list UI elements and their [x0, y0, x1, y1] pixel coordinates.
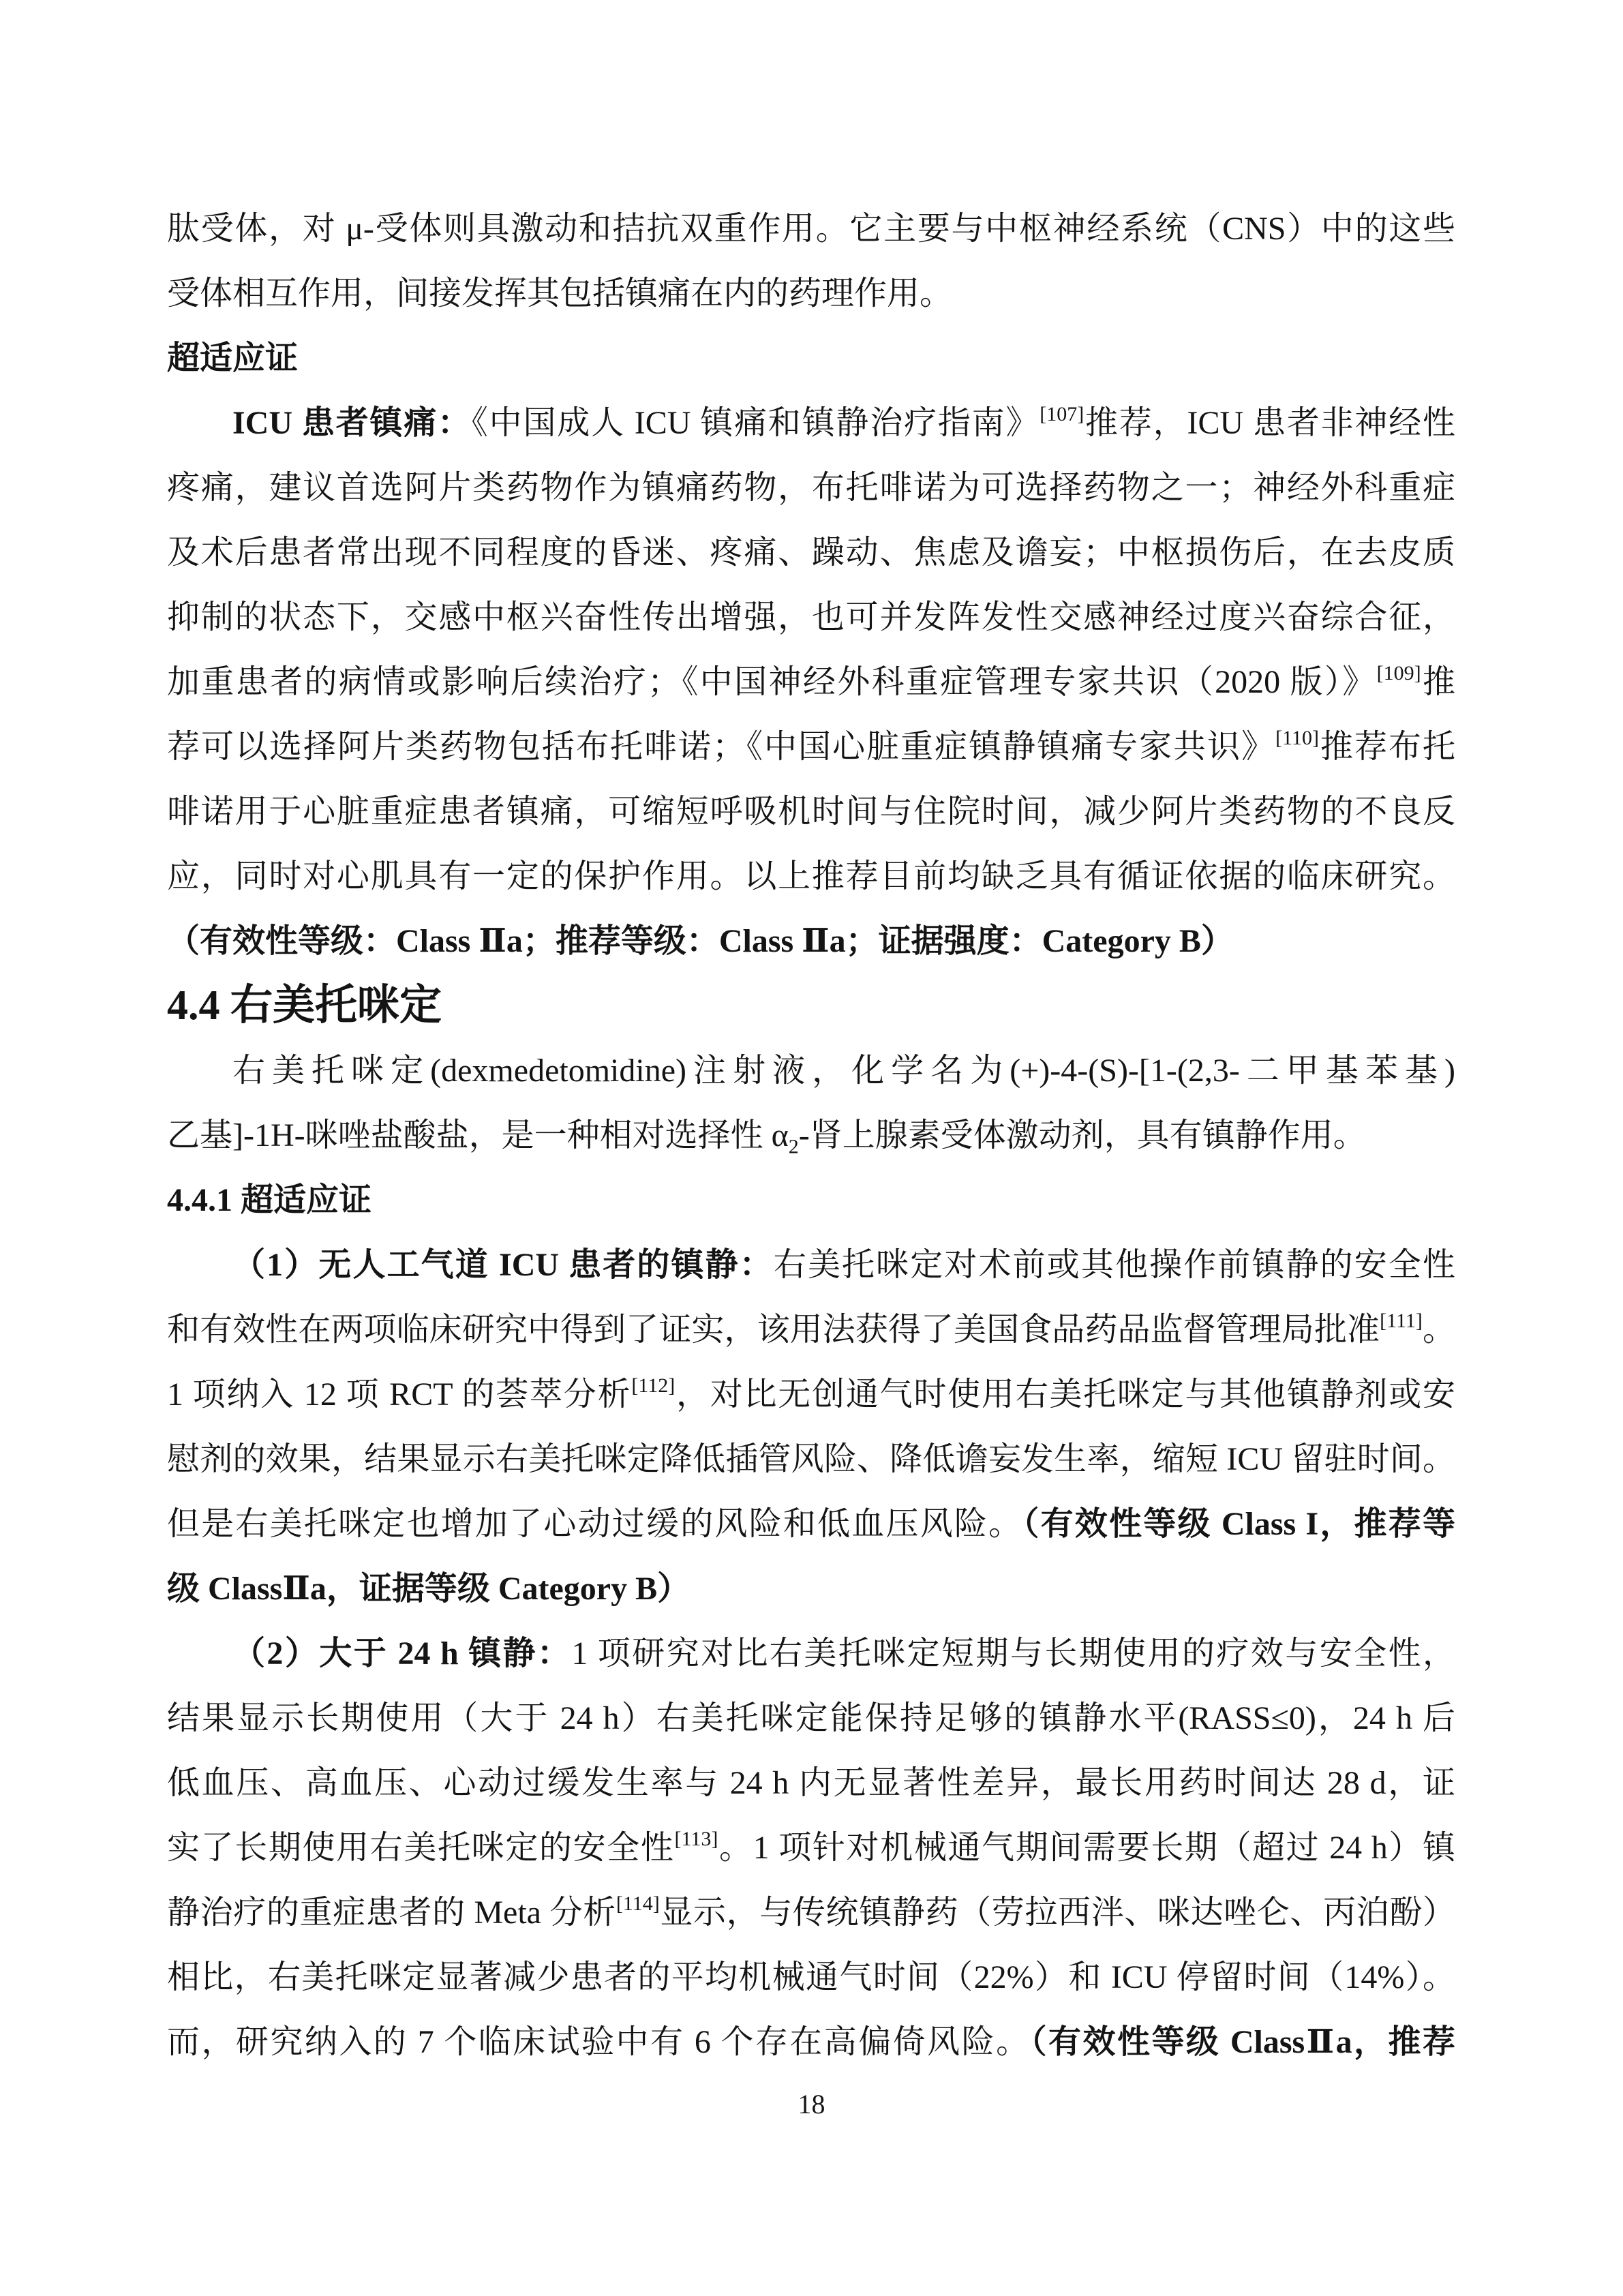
subsection-heading: 超适应证 [167, 326, 1455, 391]
citation-ref: [111] [1380, 1310, 1423, 1332]
text-segment: 及术后患者常出现不同程度的昏迷、疼痛、躁动、焦虑及谵妄；中枢损伤后，在去皮质 [167, 534, 1455, 571]
text-segment: 右美托咪定(dexmedetomidine)注射液，化学名为(+)-4-(S)-… [232, 1053, 1455, 1089]
text-segment: 超适应证 [167, 340, 298, 376]
text-segment: 《中国成人 ICU 镇痛和镇静治疗指南》 [472, 405, 1040, 441]
text-segment: （有效性等级：Class Ⅱa；推荐等级：Class Ⅱa；证据强度：Categ… [167, 923, 1234, 959]
text-segment: 啡诺用于心脏重症患者镇痛，可缩短呼吸机时间与住院时间，减少阿片类药物的不良反 [167, 794, 1455, 830]
text-segment: 1 项纳入 12 项 RCT 的荟萃分析 [167, 1376, 631, 1413]
text-line: 应，同时对心肌具有一定的保护作用。以上推荐目前均缺乏具有循证依据的临床研究。 [167, 844, 1455, 909]
text-line: 结果显示长期使用（大于 24 h）右美托咪定能保持足够的镇静水平(RASS≤0)… [167, 1686, 1455, 1751]
text-segment: （有效性等级 Class I，推荐等 [1022, 1506, 1455, 1542]
text-line: （有效性等级：Class Ⅱa；推荐等级：Class Ⅱa；证据强度：Categ… [167, 909, 1455, 973]
text-segment: 和有效性在两项临床研究中得到了证实，该用法获得了美国食品药品监督管理局批准 [167, 1312, 1380, 1348]
citation-ref: [114] [616, 1892, 660, 1915]
text-segment: 实了长期使用右美托咪定的安全性 [167, 1830, 675, 1866]
text-segment: 。 [1423, 1312, 1455, 1348]
text-line: 低血压、高血压、心动过缓发生率与 24 h 内无显著性差异，最长用药时间达 28… [167, 1751, 1455, 1815]
citation-ref: [110] [1275, 727, 1319, 749]
text-line: 右美托咪定(dexmedetomidine)注射液，化学名为(+)-4-(S)-… [167, 1038, 1455, 1103]
text-line: 疼痛，建议首选阿片类药物作为镇痛药物，布托啡诺为可选择药物之一；神经外科重症 [167, 455, 1455, 520]
text-line: 静治疗的重症患者的 Meta 分析[114]显示，与传统镇静药（劳拉西泮、咪达唑… [167, 1880, 1455, 1945]
text-line: 抑制的状态下，交感中枢兴奋性传出增强，也可并发阵发性交感神经过度兴奋综合征， [167, 585, 1455, 650]
citation-ref: [107] [1040, 403, 1084, 425]
text-segment: 乙基]-1H-咪唑盐酸盐，是一种相对选择性 α [167, 1117, 789, 1153]
text-line: （2）大于 24 h 镇静：1 项研究对比右美托咪定短期与长期使用的疗效与安全性… [167, 1621, 1455, 1686]
text-segment: 推荐，ICU 患者非神经性 [1084, 405, 1455, 441]
subsection-heading: 4.4.1 超适应证 [167, 1168, 1455, 1233]
text-segment: 肽受体，对 μ-受体则具激动和拮抗双重作用。它主要与中枢神经系统（CNS）中的这… [167, 211, 1455, 247]
text-segment: 静治疗的重症患者的 Meta 分析 [167, 1894, 616, 1931]
text-segment: 。1 项针对机械通气期间需要长期（超过 24 h）镇 [718, 1830, 1455, 1866]
page-number: 18 [0, 2087, 1623, 2121]
text-line: 级 ClassⅡa，证据等级 Category B） [167, 1556, 1455, 1621]
section-heading: 4.4 右美托咪定 [167, 973, 1455, 1038]
text-segment: （2）大于 24 h 镇静： [232, 1635, 571, 1672]
page-body: 肽受体，对 μ-受体则具激动和拮抗双重作用。它主要与中枢神经系统（CNS）中的这… [167, 196, 1455, 2074]
text-line: 荐可以选择阿片类药物包括布托啡诺；《中国心脏重症镇静镇痛专家共识》[110]推荐… [167, 714, 1455, 779]
text-segment: ICU 患者镇痛： [232, 405, 472, 441]
text-segment: -肾上腺素受体激动剂，具有镇静作用。 [799, 1117, 1366, 1153]
text-line: 肽受体，对 μ-受体则具激动和拮抗双重作用。它主要与中枢神经系统（CNS）中的这… [167, 196, 1455, 261]
text-line: 慰剂的效果，结果显示右美托咪定降低插管风险、降低谵妄发生率，缩短 ICU 留驻时… [167, 1427, 1455, 1492]
text-line: 啡诺用于心脏重症患者镇痛，可缩短呼吸机时间与住院时间，减少阿片类药物的不良反 [167, 779, 1455, 844]
text-segment: 慰剂的效果，结果显示右美托咪定降低插管风险、降低谵妄发生率，缩短 ICU 留驻时… [167, 1441, 1455, 1477]
text-line: （1）无人工气道 ICU 患者的镇静：右美托咪定对术前或其他操作前镇静的安全性 [167, 1233, 1455, 1297]
text-segment: 疼痛，建议首选阿片类药物作为镇痛药物，布托啡诺为可选择药物之一；神经外科重症 [167, 470, 1455, 506]
text-segment: 但是右美托咪定也增加了心动过缓的风险和低血压风险。 [167, 1506, 1022, 1542]
text-segment: （1）无人工气道 ICU 患者的镇静： [232, 1247, 774, 1283]
citation-ref: [109] [1377, 662, 1421, 684]
text-segment: 右美托咪定对术前或其他操作前镇静的安全性 [774, 1247, 1455, 1283]
text-segment: 相比，右美托咪定显著减少患者的平均机械通气时间（22%）和 ICU 停留时间（1… [167, 1959, 1455, 2010]
text-line: 乙基]-1H-咪唑盐酸盐，是一种相对选择性 α2-肾上腺素受体激动剂，具有镇静作… [167, 1103, 1455, 1168]
citation-ref: [112] [631, 1374, 675, 1397]
text-line: 及术后患者常出现不同程度的昏迷、疼痛、躁动、焦虑及谵妄；中枢损伤后，在去皮质 [167, 520, 1455, 585]
text-segment: ，对比无创通气时使用右美托咪定与其他镇静剂或安 [675, 1376, 1455, 1413]
text-line: 相比，右美托咪定显著减少患者的平均机械通气时间（22%）和 ICU 停留时间（1… [167, 1945, 1455, 2010]
citation-ref: [113] [675, 1828, 718, 1850]
text-segment: 荐可以选择阿片类药物包括布托啡诺；《中国心脏重症镇静镇痛专家共识》 [167, 729, 1275, 765]
text-segment: 级 ClassⅡa，证据等级 Category B） [167, 1571, 690, 1607]
text-line: 和有效性在两项临床研究中得到了证实，该用法获得了美国食品药品监督管理局批准[11… [167, 1297, 1455, 1362]
text-line: 1 项纳入 12 项 RCT 的荟萃分析[112]，对比无创通气时使用右美托咪定… [167, 1362, 1455, 1427]
text-line: 加重患者的病情或影响后续治疗；《中国神经外科重症管理专家共识（2020 版）》[… [167, 650, 1455, 714]
document-page: 肽受体，对 μ-受体则具激动和拮抗双重作用。它主要与中枢神经系统（CNS）中的这… [0, 0, 1623, 2296]
text-segment: （有效性等级 ClassⅡa，推荐 [1031, 2024, 1455, 2060]
subscript: 2 [789, 1136, 799, 1158]
text-segment: 4.4 右美托咪定 [167, 982, 442, 1029]
text-segment: 应，同时对心肌具有一定的保护作用。以上推荐目前均缺乏具有循证依据的临床研究。 [167, 858, 1455, 894]
text-segment: 低血压、高血压、心动过缓发生率与 24 h 内无显著性差异，最长用药时间达 28… [167, 1765, 1455, 1801]
text-segment: 推荐布托 [1319, 729, 1455, 765]
text-segment: 而，研究纳入的 7 个临床试验中有 6 个存在高偏倚风险。 [167, 2024, 1031, 2060]
text-segment: 结果显示长期使用（大于 24 h）右美托咪定能保持足够的镇静水平(RASS≤0)… [167, 1700, 1455, 1736]
text-segment: 推 [1421, 664, 1455, 700]
text-segment: 1 项研究对比右美托咪定短期与长期使用的疗效与安全性， [571, 1635, 1455, 1672]
text-line: 而，研究纳入的 7 个临床试验中有 6 个存在高偏倚风险。（有效性等级 Clas… [167, 2010, 1455, 2074]
text-line: 实了长期使用右美托咪定的安全性[113]。1 项针对机械通气期间需要长期（超过 … [167, 1815, 1455, 1880]
text-line: 但是右美托咪定也增加了心动过缓的风险和低血压风险。（有效性等级 Class I，… [167, 1492, 1455, 1556]
text-segment: 受体相互作用，间接发挥其包括镇痛在内的药理作用。 [167, 275, 952, 312]
text-segment: 加重患者的病情或影响后续治疗；《中国神经外科重症管理专家共识（2020 版）》 [167, 664, 1377, 700]
text-segment: 显示，与传统镇静药（劳拉西泮、咪达唑仑、丙泊酚） [660, 1894, 1455, 1931]
text-line: ICU 患者镇痛：《中国成人 ICU 镇痛和镇静治疗指南》[107]推荐，ICU… [167, 391, 1455, 455]
text-segment: 抑制的状态下，交感中枢兴奋性传出增强，也可并发阵发性交感神经过度兴奋综合征， [167, 599, 1455, 635]
text-line: 受体相互作用，间接发挥其包括镇痛在内的药理作用。 [167, 261, 1455, 326]
text-segment: 4.4.1 超适应证 [167, 1182, 371, 1218]
